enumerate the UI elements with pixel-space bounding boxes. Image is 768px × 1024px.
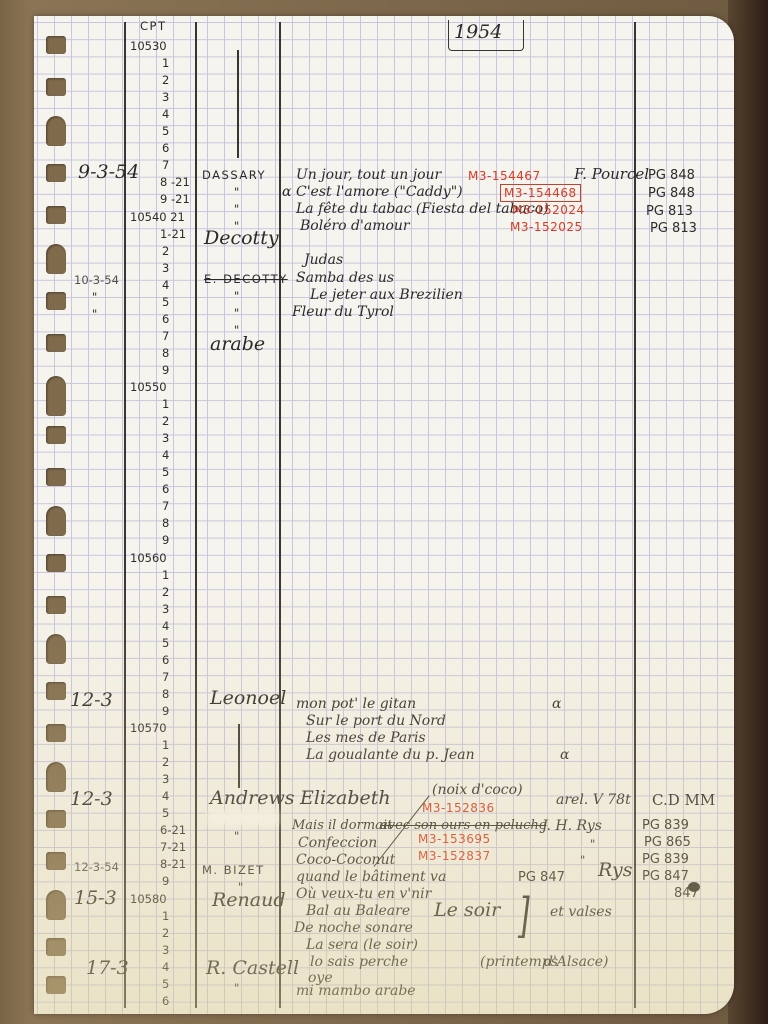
artist-ditto: " [234, 980, 239, 996]
catalog-number: M3-152024 [512, 202, 585, 218]
notebook-page: 1954 CPT 1053012345678 -219 -2110540 211… [34, 16, 734, 1014]
song-title: La sera (le soir) [306, 937, 418, 953]
artist-entry: Leonoel [210, 690, 286, 706]
catalog-number: M3-153695 [418, 831, 491, 847]
song-title: Les mes de Paris [306, 730, 426, 746]
artist-ditto: " [234, 184, 239, 200]
cpt-number: 1 [162, 567, 169, 583]
song-title: lo sais perche [310, 954, 408, 970]
cpt-number: 7-21 [160, 839, 186, 855]
artist-entry: M. BIZET [202, 862, 265, 878]
cpt-number: 6 [162, 993, 169, 1009]
song-note: d'Alsace) [544, 954, 609, 970]
cpt-number: 1-21 [160, 226, 186, 242]
composer: F. Pourcel [574, 166, 649, 182]
cpt-number: 8 [162, 515, 169, 531]
cpt-number: 1 [162, 908, 169, 924]
song-title: Bal au Baleare [306, 903, 410, 919]
cpt-number: 9 [162, 362, 169, 378]
cpt-number: 2 [162, 754, 169, 770]
song-title: quand le bâtiment va [296, 869, 446, 885]
date-entry: 10-3-54 [74, 272, 119, 288]
cpt-number: 9 [162, 703, 169, 719]
binder-hole [46, 334, 66, 352]
cpt-number: 7 [162, 157, 169, 173]
cpt-number: 10550 [130, 379, 167, 395]
cpt-number: 2 [162, 72, 169, 88]
year-label: 1954 [454, 24, 502, 40]
binder-hole [46, 468, 66, 486]
ditto-line [237, 50, 239, 158]
bracket: ] [518, 893, 530, 941]
binder-hole [46, 506, 66, 536]
cpt-number: 2 [162, 243, 169, 259]
ref-code: PG 847 [642, 869, 689, 885]
cpt-number: 3 [162, 601, 169, 617]
song-title: Sur le port du Nord [306, 713, 446, 729]
catalog-number-boxed: M3-154468 [500, 184, 581, 202]
binder-hole [46, 890, 66, 920]
cpt-number: 6 [162, 652, 169, 668]
cpt-number: 7 [162, 328, 169, 344]
song-title: Boléro d'amour [300, 218, 410, 234]
date-entry: 12-3 [70, 692, 113, 708]
ref-code: 847 [674, 886, 699, 902]
cpt-number: 9 [162, 873, 169, 889]
desk-background [728, 0, 768, 1024]
date-entry: 17-3 [86, 960, 129, 976]
binder-hole [46, 852, 66, 870]
cpt-number: 5 [162, 976, 169, 992]
catalog-number: M3-152836 [422, 800, 495, 816]
cpt-number: 8 -21 [160, 174, 190, 190]
artist-entry: Renaud [212, 892, 286, 908]
ref-code: PG 839 [642, 852, 689, 868]
artist-ditto: " [234, 201, 239, 217]
cpt-number: 9 [162, 532, 169, 548]
date-entry: 12-3-54 [74, 859, 119, 875]
ref-code: PG 848 [648, 186, 695, 202]
song-title: mi mambo arabe [296, 983, 416, 999]
song-title: mon pot' le gitan [296, 696, 416, 712]
artist-entry-struck: E. DECOTTY [204, 271, 288, 287]
binder-hole [46, 116, 66, 146]
composer: J. H. Rys [542, 818, 602, 834]
song-title: Confeccion [298, 835, 377, 851]
cpt-number: 4 [162, 277, 169, 293]
artist-entry: Andrews [210, 790, 294, 806]
column-divider [279, 22, 281, 1008]
artist-entry: R. Castell [206, 960, 299, 976]
artist-ditto: " [234, 828, 239, 844]
binder-hole [46, 682, 66, 700]
song-title: Elizabeth [300, 790, 391, 806]
cpt-number: 5 [162, 635, 169, 651]
cpt-number: 4 [162, 106, 169, 122]
column-header-cpt: CPT [140, 18, 167, 34]
composer-ditto: " [590, 836, 595, 852]
cpt-number: 8 [162, 345, 169, 361]
ref-code: PG 848 [648, 168, 695, 184]
alpha-mark: α [560, 747, 569, 763]
binder-hole [46, 292, 66, 310]
cpt-number: 1 [162, 737, 169, 753]
ref-code: PG 865 [644, 835, 691, 851]
arrangement-note: arel. V 78t [556, 792, 631, 808]
binder-hole [46, 810, 66, 828]
binder-hole [46, 762, 66, 792]
song-title: Le jeter aux Brezilien [310, 287, 463, 303]
date-ditto: " [92, 306, 97, 322]
cpt-number: 5 [162, 805, 169, 821]
cpt-number: 6 [162, 311, 169, 327]
binder-hole [46, 554, 66, 572]
song-translation: Le soir [434, 902, 500, 918]
cpt-number: 7 [162, 669, 169, 685]
binder-hole [46, 244, 66, 274]
ref-code: PG 813 [646, 204, 693, 220]
catalog-number: M3-152025 [510, 219, 583, 235]
ref-code: PG 839 [642, 818, 689, 834]
ref-header: C.D MM [652, 792, 715, 808]
cpt-number: 5 [162, 294, 169, 310]
song-title: La fête du tabac (Fiesta del tabaco) [296, 201, 549, 217]
cpt-number: 2 [162, 584, 169, 600]
song-subtitle: (noix d'coco) [432, 782, 523, 798]
artist-entry: arabe [210, 336, 265, 352]
cpt-number: 4 [162, 618, 169, 634]
reference-inline: PG 847 [518, 870, 565, 886]
date-entry: 9-3-54 [78, 164, 139, 180]
cpt-number: 2 [162, 413, 169, 429]
cpt-number: 10530 [130, 38, 167, 54]
cpt-number: 10560 [130, 550, 167, 566]
ditto-line [238, 724, 240, 788]
catalog-number: M3-154467 [468, 168, 541, 184]
cpt-number: 10580 [130, 891, 167, 907]
song-title: C'est l'amore ("Caddy") [296, 184, 463, 200]
song-title: La goualante du p. Jean [306, 747, 475, 763]
composer-ditto: " [580, 852, 585, 868]
cpt-number: 3 [162, 89, 169, 105]
binder-hole [46, 206, 66, 224]
song-note: et valses [550, 904, 612, 920]
song-title: Fleur du Tyrol [292, 304, 394, 320]
song-title: De noche sonare [294, 920, 413, 936]
cpt-number: 4 [162, 788, 169, 804]
binder-hole [46, 724, 66, 742]
cpt-number: 6 [162, 481, 169, 497]
cpt-number: 3 [162, 942, 169, 958]
smudge [208, 811, 278, 825]
cpt-number: 7 [162, 498, 169, 514]
cpt-number: 6-21 [160, 822, 186, 838]
binder-tab [46, 376, 66, 416]
alpha-mark: α [282, 184, 291, 200]
binder-hole [46, 36, 66, 54]
binder-hole [46, 938, 66, 956]
cpt-number: 2 [162, 925, 169, 941]
cpt-number: 3 [162, 260, 169, 276]
song-title: Samba des us [296, 270, 394, 286]
cpt-number: 3 [162, 771, 169, 787]
song-title: Coco-Coconut [296, 852, 395, 868]
cpt-number: 8 [162, 686, 169, 702]
date-ditto: " [92, 289, 97, 305]
cpt-number: 5 [162, 464, 169, 480]
column-divider [195, 22, 197, 1008]
date-entry: 12-3 [70, 791, 113, 807]
date-entry: 15-3 [74, 890, 117, 906]
alpha-mark: α [552, 696, 561, 712]
song-title: Un jour, tout un jour [296, 167, 441, 183]
binder-hole [46, 634, 66, 664]
cpt-number: 6 [162, 140, 169, 156]
artist-ditto: " [234, 288, 239, 304]
song-title: Mais il dormait [292, 818, 392, 834]
binder-hole [46, 164, 66, 182]
artist-ditto: " [234, 305, 239, 321]
composer: Rys [598, 862, 632, 878]
artist-entry: Decotty [204, 230, 279, 246]
artist-entry: DASSARY [202, 167, 266, 183]
binder-hole [46, 596, 66, 614]
cpt-number: 4 [162, 447, 169, 463]
cpt-number: 1 [162, 396, 169, 412]
cpt-number: 9 -21 [160, 191, 190, 207]
cpt-number: 1 [162, 55, 169, 71]
song-title: Judas [304, 252, 343, 268]
cpt-number: 8-21 [160, 856, 186, 872]
ref-code: PG 813 [650, 221, 697, 237]
cpt-number: 10540 21 [130, 209, 185, 225]
song-title: Où veux-tu en v'nir [296, 886, 431, 902]
binder-hole [46, 976, 66, 994]
cpt-number: 3 [162, 430, 169, 446]
catalog-number: M3-152837 [418, 848, 491, 864]
binder-hole [46, 78, 66, 96]
binder-hole [46, 426, 66, 444]
cpt-number: 4 [162, 959, 169, 975]
cpt-number: 10570 [130, 720, 167, 736]
cpt-number: 5 [162, 123, 169, 139]
